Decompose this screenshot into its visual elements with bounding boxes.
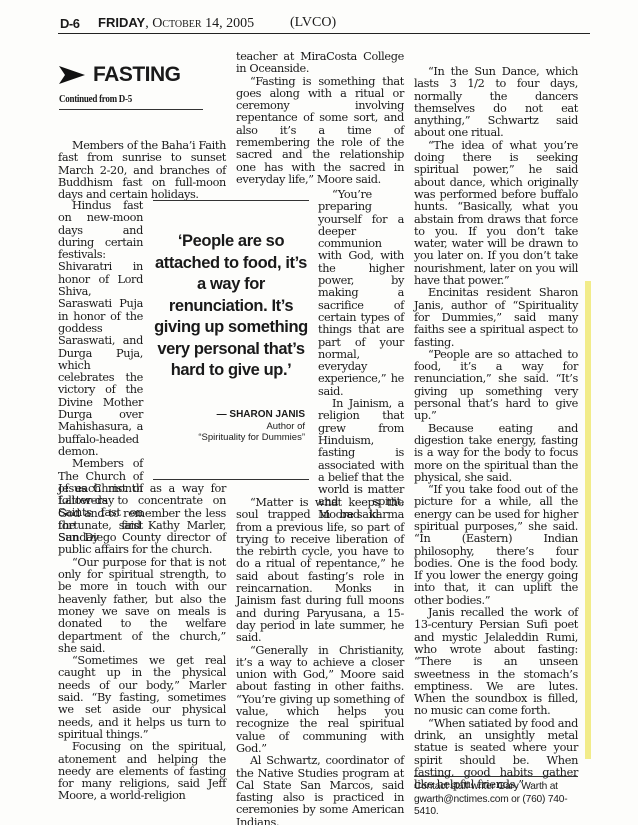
paragraph: “Matter is what keeps the soul trapped i…: [236, 497, 404, 645]
attribution-line-1: Author of: [155, 421, 305, 433]
page-header: D-6 FRIDAY, October 14, 2005 (LVCO): [58, 14, 590, 34]
column-2-bottom: “Matter is what keeps the soul trapped i…: [236, 497, 404, 825]
paragraph: Encinitas resident Sharon Janis, author …: [414, 287, 578, 348]
paragraph: “If you take food out of the picture for…: [414, 484, 578, 607]
paragraph: Focusing on the spiritual, atonement and…: [58, 741, 226, 802]
paragraph: Al Schwartz, coordinator of the Native S…: [236, 755, 404, 825]
column-1-top: Members of the Baha’i Faith fast from su…: [58, 140, 226, 201]
pull-quote: ‘People are so attached to food, it’s a …: [153, 200, 309, 480]
column-1-bottom: of each month as a way for followers to …: [58, 483, 226, 803]
paragraph: “In the Sun Dance, which lasts 3 1/2 to …: [414, 66, 578, 140]
header-date: FRIDAY, October 14, 2005: [98, 14, 254, 33]
highlight-bar: [585, 281, 591, 759]
paragraph: Hindus fast on new-moon days and during …: [58, 200, 143, 458]
header-date-text: October 14, 2005: [152, 16, 254, 31]
paragraph: “You’re preparing yourself for a deeper …: [318, 189, 404, 398]
paragraph: “Fasting is something that goes along wi…: [236, 76, 404, 187]
paragraph: “Generally in Christianity, it’s a way t…: [236, 645, 404, 756]
column-2-narrow: “You’re preparing yourself for a deeper …: [318, 189, 404, 521]
paragraph: of each month as a way for followers to …: [58, 483, 226, 557]
continued-from-line: Continued from D-5: [59, 94, 203, 110]
edition-code: (LVCO): [290, 14, 336, 32]
paragraph: Because eating and digestion take energy…: [414, 423, 578, 484]
paragraph: Janis recalled the work of 13-century Pe…: [414, 607, 578, 718]
header-day: FRIDAY: [98, 15, 145, 30]
pull-quote-text: ‘People are so attached to food, it’s a …: [153, 231, 309, 382]
contact-tagline: Contact staff writer Gary Warth at gwart…: [414, 776, 578, 819]
right-arrowhead-icon: [59, 66, 85, 84]
paragraph: Members of the Baha’i Faith fast from su…: [58, 140, 226, 201]
paragraph: “People are so attached to food, it’s a …: [414, 349, 578, 423]
attribution-name: — SHARON JANIS: [155, 409, 305, 421]
column-2-top: teacher at MiraCosta College in Oceansid…: [236, 51, 404, 186]
paragraph: “Our purpose for that is not only for sp…: [58, 557, 226, 655]
pull-quote-attribution: — SHARON JANIS Author of “Spirituality f…: [155, 409, 305, 444]
newspaper-page: D-6 FRIDAY, October 14, 2005 (LVCO) FAST…: [0, 0, 638, 825]
column-3: “In the Sun Dance, which lasts 3 1/2 to …: [414, 66, 578, 792]
attribution-line-2: “Spirituality for Dummies”: [155, 432, 305, 444]
paragraph: “The idea of what you’re doing there is …: [414, 140, 578, 288]
paragraph: teacher at MiraCosta College in Oceansid…: [236, 51, 404, 76]
paragraph: “Sometimes we get real caught up in the …: [58, 655, 226, 741]
kicker-label: FASTING: [93, 62, 181, 88]
article-kicker: FASTING: [59, 62, 181, 88]
page-number: D-6: [60, 15, 79, 33]
